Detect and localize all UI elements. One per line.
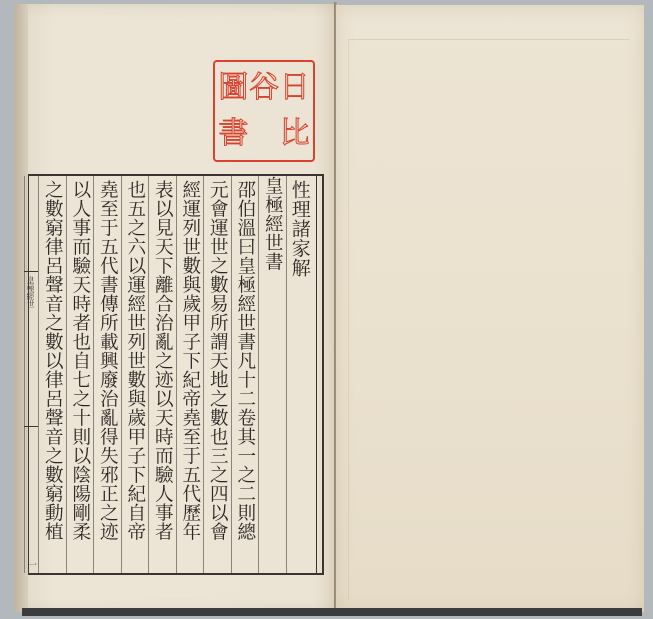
text-block-frame: 性理諸家解 皇極經世書 邵伯溫曰皇極經世書凡十二卷其一之二則總 元會運世之數易所… xyxy=(28,174,324,575)
open-book: 日 谷 圖 比 書 性理諸家解 皇極經世書 邵伯溫曰皇極經世書凡十二卷其一之二則… xyxy=(8,2,648,614)
text-column: 堯至于五代書傳所載興廢治亂得失邪正之迹 xyxy=(93,176,121,573)
body-text: 以人事而驗天時者也自七之十則以陰陽剛柔 xyxy=(67,180,93,541)
fish-tail-margin: 皇極經世 一 xyxy=(24,176,38,573)
text-column: 元會運世之數易所謂天地之數也三之四以會 xyxy=(203,176,231,573)
text-column: 以人事而驗天時者也自七之十則以陰陽剛柔 xyxy=(66,176,94,573)
fish-tail-mark xyxy=(24,426,38,427)
subtitle-column: 皇極經世書 xyxy=(258,176,286,573)
body-text: 也五之六以運經世列世數與歲甲子下紀自帝 xyxy=(122,180,148,541)
body-text: 之數窮律呂聲音之數以律呂聲音之數窮動植 xyxy=(39,180,65,541)
body-text: 元會運世之數易所謂天地之數也三之四以會 xyxy=(204,180,230,541)
body-text: 堯至于五代書傳所載興廢治亂得失邪正之迹 xyxy=(94,180,120,541)
red-seal-stamp: 日 谷 圖 比 書 xyxy=(213,60,315,162)
book-title: 性理諸家解 xyxy=(287,180,313,277)
left-page: 日 谷 圖 比 書 性理諸家解 皇極經世書 邵伯溫曰皇極經世書凡十二卷其一之二則… xyxy=(14,4,339,612)
text-column: 表以見天下離合治亂之迹以天時而驗人事者 xyxy=(148,176,176,573)
body-text: 經運列世數與歲甲子下紀帝堯至于五代歷年 xyxy=(177,180,203,541)
page-number: 一 xyxy=(25,560,38,569)
section-title: 皇極經世書 xyxy=(259,176,285,271)
text-column: 之數窮律呂聲音之數以律呂聲音之數窮動植 xyxy=(38,176,66,573)
text-column: 也五之六以運經世列世數與歲甲子下紀自帝 xyxy=(121,176,149,573)
body-text: 表以見天下離合治亂之迹以天時而驗人事者 xyxy=(149,180,175,541)
seal-character: 谷 xyxy=(249,65,280,111)
body-text: 邵伯溫曰皇極經世書凡十二卷其一之二則總 xyxy=(232,180,258,541)
text-column: 邵伯溫曰皇極經世書凡十二卷其一之二則總 xyxy=(231,176,259,573)
blank-page-area xyxy=(348,39,629,600)
book-bottom-shadow xyxy=(22,608,642,616)
seal-character: 日 xyxy=(279,65,310,111)
text-columns: 性理諸家解 皇極經世書 邵伯溫曰皇極經世書凡十二卷其一之二則總 元會運世之數易所… xyxy=(24,176,313,573)
fish-tail-mark xyxy=(24,271,38,272)
seal-character: 比 xyxy=(279,111,310,157)
title-column: 性理諸家解 xyxy=(286,176,314,573)
margin-title: 皇極經世 xyxy=(25,276,36,308)
seal-character: 書 xyxy=(218,111,249,157)
text-column: 經運列世數與歲甲子下紀帝堯至于五代歷年 xyxy=(176,176,204,573)
seal-character xyxy=(249,111,280,157)
seal-character: 圖 xyxy=(218,65,249,111)
right-page-blank xyxy=(336,5,644,612)
